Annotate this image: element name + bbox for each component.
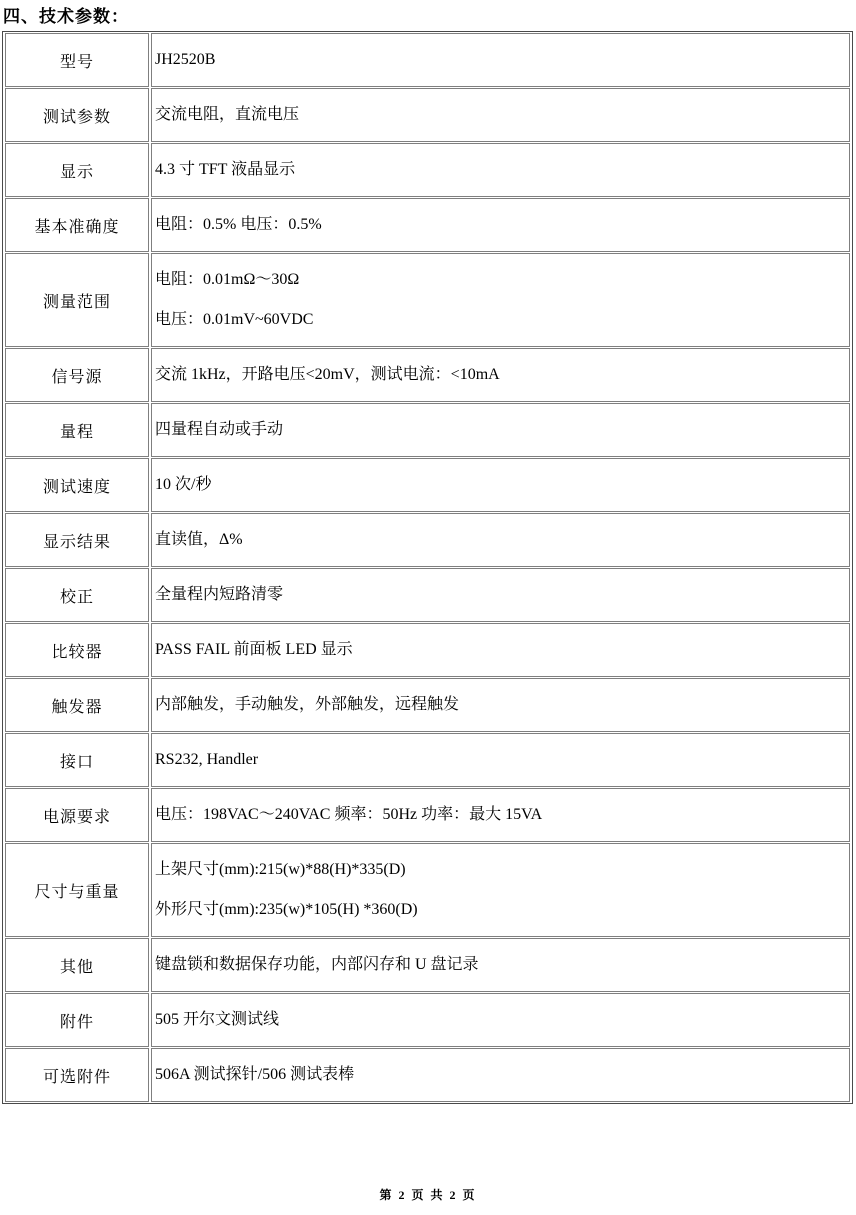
table-row: 校正全量程内短路清零 [5,568,850,622]
spec-value-line: 10 次/秒 [155,465,846,505]
spec-label: 显示结果 [5,513,149,567]
spec-label: 信号源 [5,348,149,402]
table-row: 测量范围电阻：0.01mΩ～30Ω电压：0.01mV~60VDC [5,253,850,347]
spec-value-line: JH2520B [155,40,846,80]
spec-label: 显示 [5,143,149,197]
spec-label: 触发器 [5,678,149,732]
spec-value: 电压：198VAC～240VAC 频率：50Hz 功率：最大 15VA [151,788,850,842]
spec-value-line: 电阻：0.5% 电压：0.5% [155,205,846,245]
spec-label: 测试参数 [5,88,149,142]
table-row: 比较器PASS FAIL 前面板 LED 显示 [5,623,850,677]
spec-label: 可选附件 [5,1048,149,1102]
spec-label: 附件 [5,993,149,1047]
spec-value: 上架尺寸(mm):215(w)*88(H)*335(D)外形尺寸(mm):235… [151,843,850,937]
spec-value: 10 次/秒 [151,458,850,512]
spec-value-line: 505 开尔文测试线 [155,1000,846,1040]
spec-value-line: 上架尺寸(mm):215(w)*88(H)*335(D) [155,850,846,890]
spec-label: 比较器 [5,623,149,677]
table-row: 显示结果直读值，Δ% [5,513,850,567]
spec-label: 基本准确度 [5,198,149,252]
table-row: 测试参数交流电阻，直流电压 [5,88,850,142]
spec-label: 校正 [5,568,149,622]
spec-value: 键盘锁和数据保存功能，内部闪存和 U 盘记录 [151,938,850,992]
page-title: 四、技术参数： [0,0,856,31]
table-row: 接口RS232, Handler [5,733,850,787]
spec-value: PASS FAIL 前面板 LED 显示 [151,623,850,677]
spec-value-line: 电压：0.01mV~60VDC [155,300,846,340]
spec-value: 直读值，Δ% [151,513,850,567]
spec-value: 四量程自动或手动 [151,403,850,457]
table-row: 基本准确度电阻：0.5% 电压：0.5% [5,198,850,252]
spec-label: 型号 [5,33,149,87]
spec-table-body: 型号JH2520B测试参数交流电阻，直流电压显示4.3 寸 TFT 液晶显示基本… [5,33,850,1102]
spec-label: 测量范围 [5,253,149,347]
table-row: 其他键盘锁和数据保存功能，内部闪存和 U 盘记录 [5,938,850,992]
spec-label: 电源要求 [5,788,149,842]
table-row: 量程四量程自动或手动 [5,403,850,457]
spec-value: 交流电阻，直流电压 [151,88,850,142]
spec-value: 4.3 寸 TFT 液晶显示 [151,143,850,197]
table-row: 附件505 开尔文测试线 [5,993,850,1047]
table-row: 型号JH2520B [5,33,850,87]
spec-value: 交流 1kHz，开路电压<20mV，测试电流：<10mA [151,348,850,402]
spec-table: 型号JH2520B测试参数交流电阻，直流电压显示4.3 寸 TFT 液晶显示基本… [2,31,853,1104]
spec-value: 内部触发，手动触发，外部触发，远程触发 [151,678,850,732]
spec-value: 电阻：0.5% 电压：0.5% [151,198,850,252]
table-row: 电源要求电压：198VAC～240VAC 频率：50Hz 功率：最大 15VA [5,788,850,842]
spec-value-line: 交流电阻，直流电压 [155,95,846,135]
spec-value-line: 506A 测试探针/506 测试表棒 [155,1055,846,1095]
spec-value-line: 电阻：0.01mΩ～30Ω [155,260,846,300]
document-page: 四、技术参数： 型号JH2520B测试参数交流电阻，直流电压显示4.3 寸 TF… [0,0,856,1215]
spec-value-line: 键盘锁和数据保存功能，内部闪存和 U 盘记录 [155,945,846,985]
spec-value-line: 外形尺寸(mm):235(w)*105(H) *360(D) [155,890,846,930]
spec-label: 尺寸与重量 [5,843,149,937]
spec-value-line: PASS FAIL 前面板 LED 显示 [155,630,846,670]
spec-value-line: 4.3 寸 TFT 液晶显示 [155,150,846,190]
table-row: 尺寸与重量上架尺寸(mm):215(w)*88(H)*335(D)外形尺寸(mm… [5,843,850,937]
spec-label: 量程 [5,403,149,457]
spec-label: 测试速度 [5,458,149,512]
spec-value-line: 四量程自动或手动 [155,410,846,450]
page-footer: 第 2 页 共 2 页 [0,1186,856,1203]
spec-value-line: 全量程内短路清零 [155,575,846,615]
spec-value: 电阻：0.01mΩ～30Ω电压：0.01mV~60VDC [151,253,850,347]
spec-value-line: 电压：198VAC～240VAC 频率：50Hz 功率：最大 15VA [155,795,846,835]
table-row: 信号源交流 1kHz，开路电压<20mV，测试电流：<10mA [5,348,850,402]
spec-value: 505 开尔文测试线 [151,993,850,1047]
spec-value-line: 内部触发，手动触发，外部触发，远程触发 [155,685,846,725]
spec-value: 全量程内短路清零 [151,568,850,622]
table-row: 触发器内部触发，手动触发，外部触发，远程触发 [5,678,850,732]
spec-value: 506A 测试探针/506 测试表棒 [151,1048,850,1102]
table-row: 显示4.3 寸 TFT 液晶显示 [5,143,850,197]
spec-label: 其他 [5,938,149,992]
spec-label: 接口 [5,733,149,787]
spec-value: JH2520B [151,33,850,87]
spec-value-line: 交流 1kHz，开路电压<20mV，测试电流：<10mA [155,355,846,395]
spec-value: RS232, Handler [151,733,850,787]
spec-value-line: RS232, Handler [155,740,846,780]
spec-value-line: 直读值，Δ% [155,520,846,560]
table-row: 测试速度10 次/秒 [5,458,850,512]
table-row: 可选附件506A 测试探针/506 测试表棒 [5,1048,850,1102]
